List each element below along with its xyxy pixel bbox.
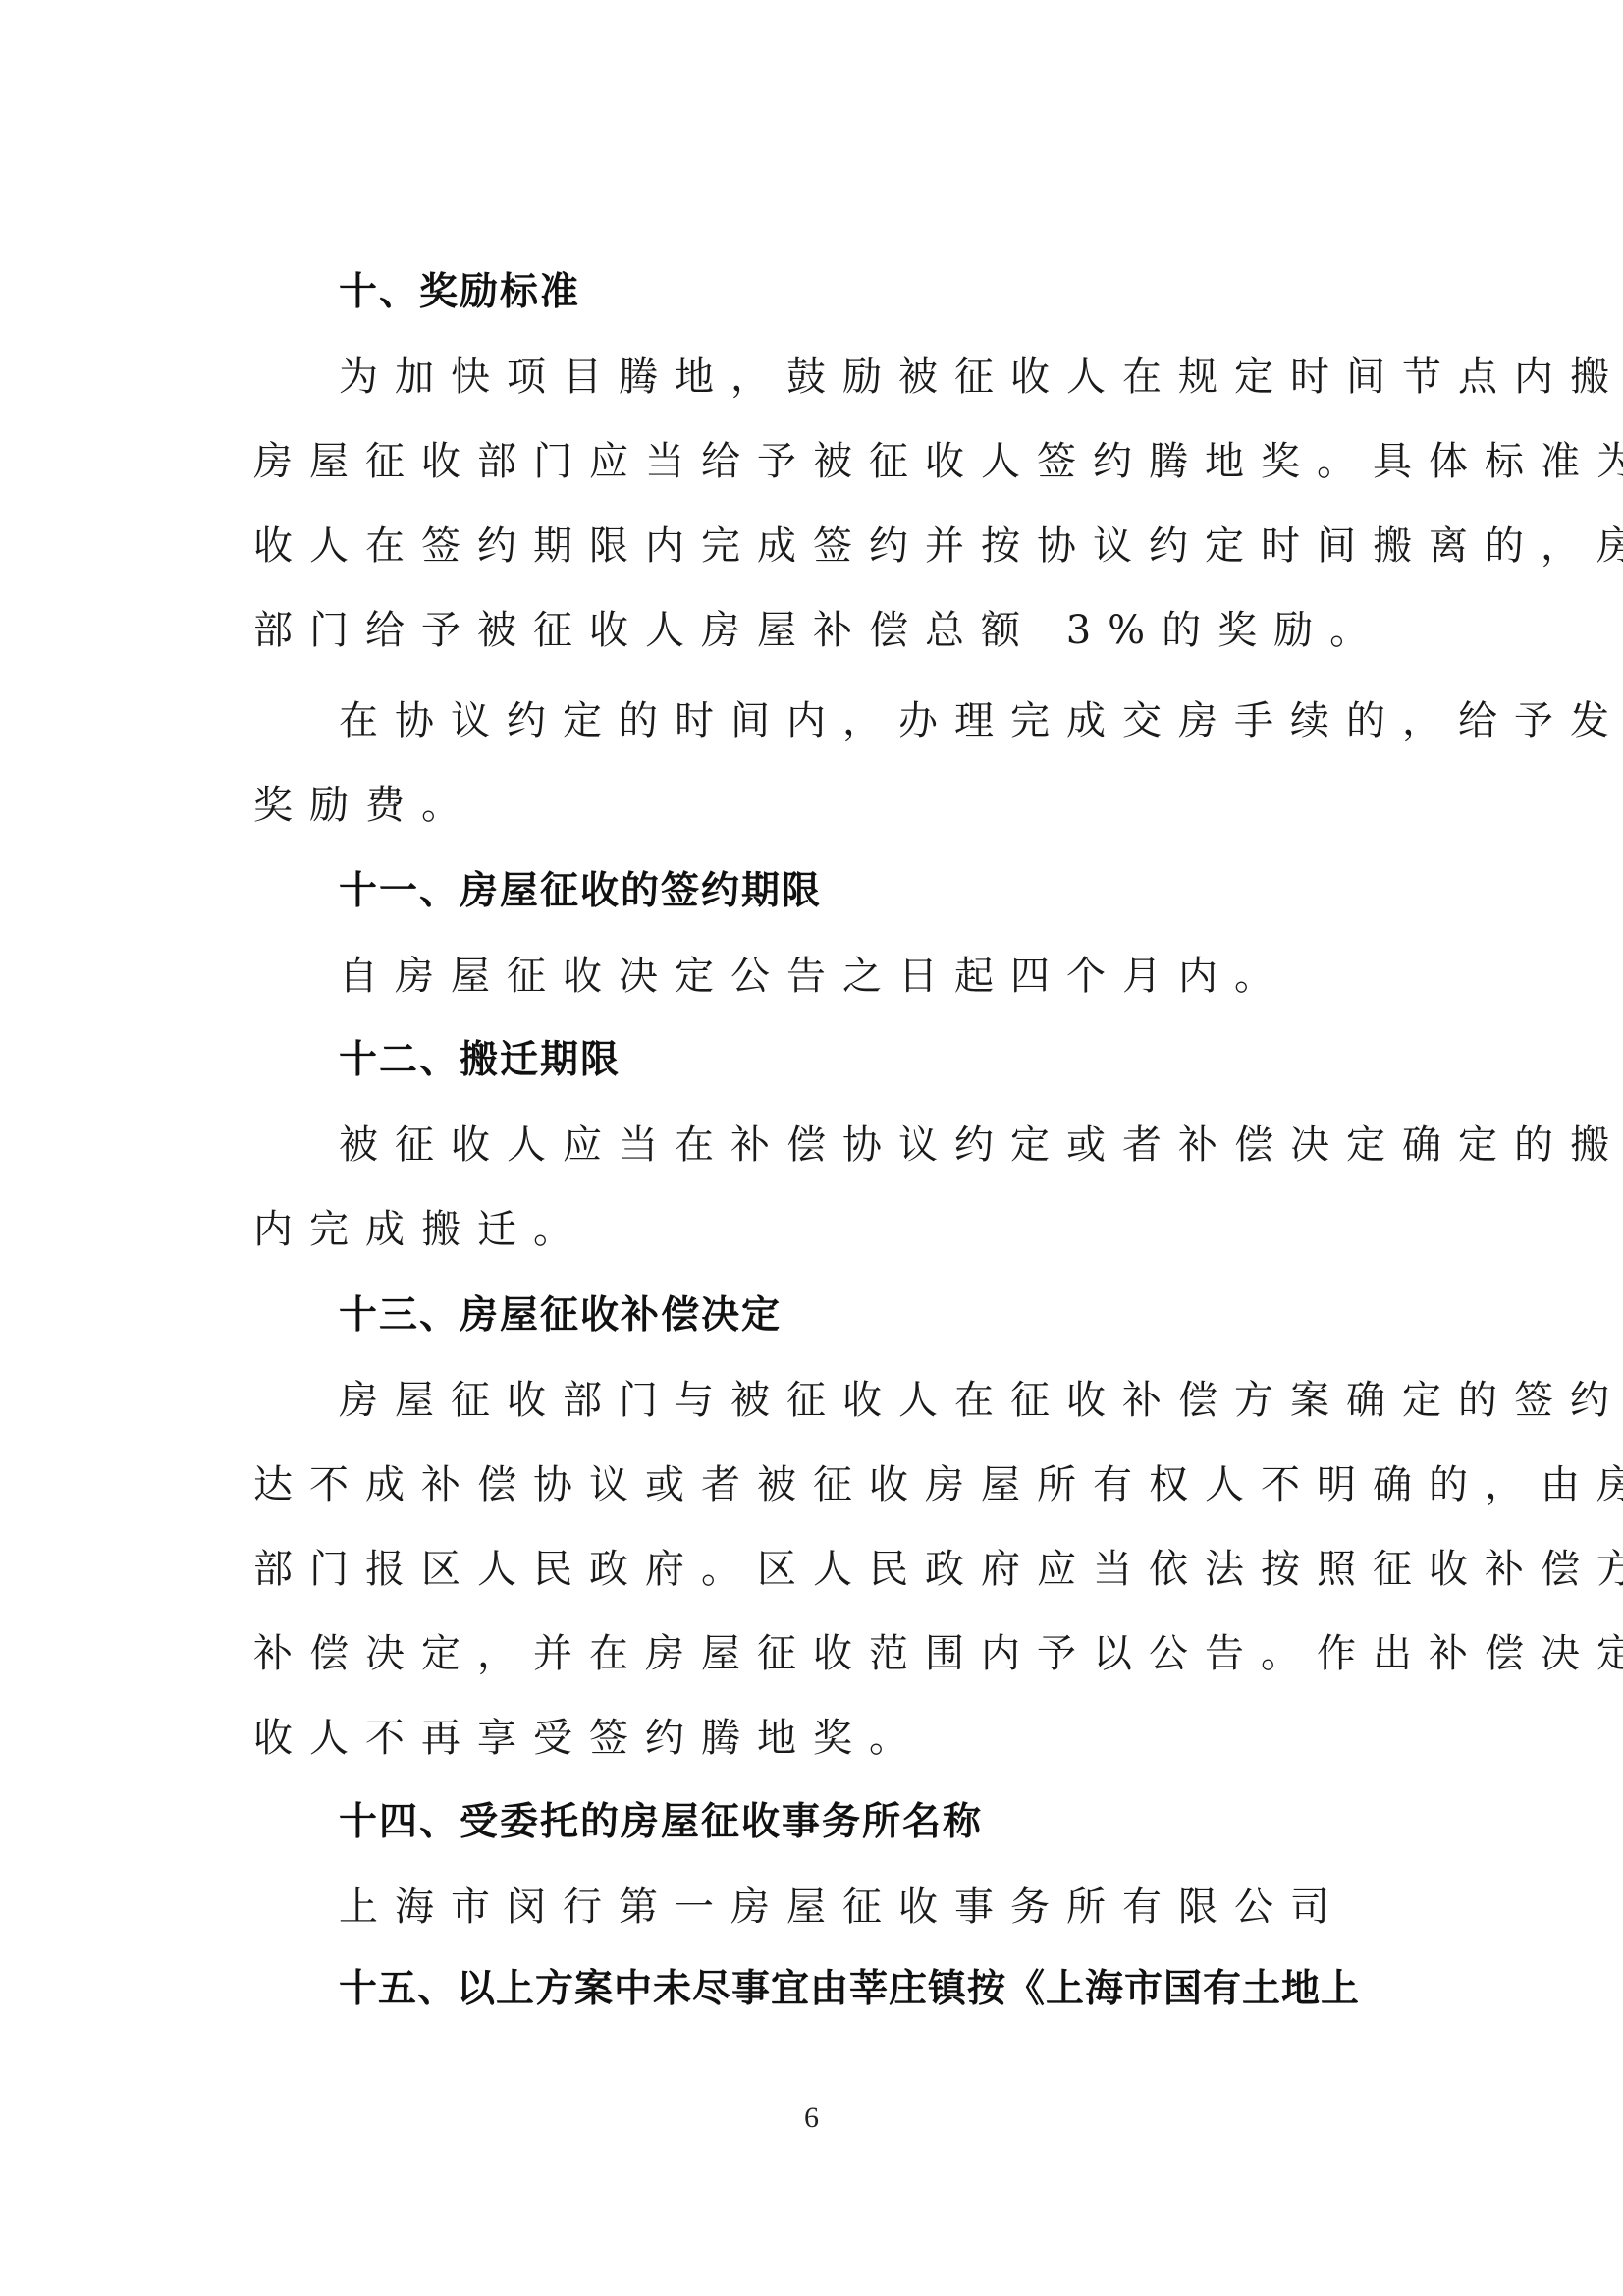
paragraph-line: 内完成搬迁。 [253, 1202, 1412, 1257]
section-heading-13: 十三、房屋征收补偿决定 [339, 1288, 1497, 1343]
document-page: 十、奖励标准 为加快项目腾地，鼓励被征收人在规定时间节点内搬离原址， 房屋征收部… [0, 0, 1623, 2296]
paragraph-line: 房屋征收部门与被征收人在征收补偿方案确定的签约期限内 [339, 1373, 1497, 1428]
section-heading-12: 十二、搬迁期限 [339, 1033, 1497, 1088]
page-number: 6 [0, 2102, 1623, 2135]
section-heading-14: 十四、受委托的房屋征收事务所名称 [339, 1795, 1497, 1850]
paragraph-line: 达不成补偿协议或者被征收房屋所有权人不明确的，由房屋征收 [253, 1457, 1412, 1512]
paragraph-line: 收人在签约期限内完成签约并按协议约定时间搬离的，房屋征收 [253, 519, 1412, 574]
paragraph-line: 为加快项目腾地，鼓励被征收人在规定时间节点内搬离原址， [339, 350, 1497, 405]
paragraph-line: 房屋征收部门应当给予被征收人签约腾地奖。具体标准为：被征 [253, 434, 1412, 489]
section-heading-10: 十、奖励标准 [339, 265, 1497, 320]
paragraph-line: 上海市闵行第一房屋征收事务所有限公司 [339, 1880, 1497, 1935]
paragraph-line: 补偿决定，并在房屋征收范围内予以公告。作出补偿决定的被征 [253, 1626, 1412, 1681]
paragraph-line: 收人不再享受签约腾地奖。 [253, 1711, 1412, 1766]
paragraph-line: 奖励费。 [253, 778, 1412, 833]
paragraph-line: 部门报区人民政府。区人民政府应当依法按照征收补偿方案作出 [253, 1542, 1412, 1597]
section-heading-11: 十一、房屋征收的签约期限 [339, 864, 1497, 919]
paragraph-line: 自房屋征收决定公告之日起四个月内。 [339, 949, 1497, 1004]
paragraph-line: 被征收人应当在补偿协议约定或者补偿决定确定的搬迁期限 [339, 1118, 1497, 1173]
paragraph-line: 部门给予被征收人房屋补偿总额 3%的奖励。 [253, 603, 1412, 658]
paragraph-line: 在协议约定的时间内，办理完成交房手续的，给予发放以上 [339, 693, 1497, 748]
section-heading-15: 十五、以上方案中未尽事宜由莘庄镇按《上海市国有土地上 [339, 1962, 1497, 2017]
